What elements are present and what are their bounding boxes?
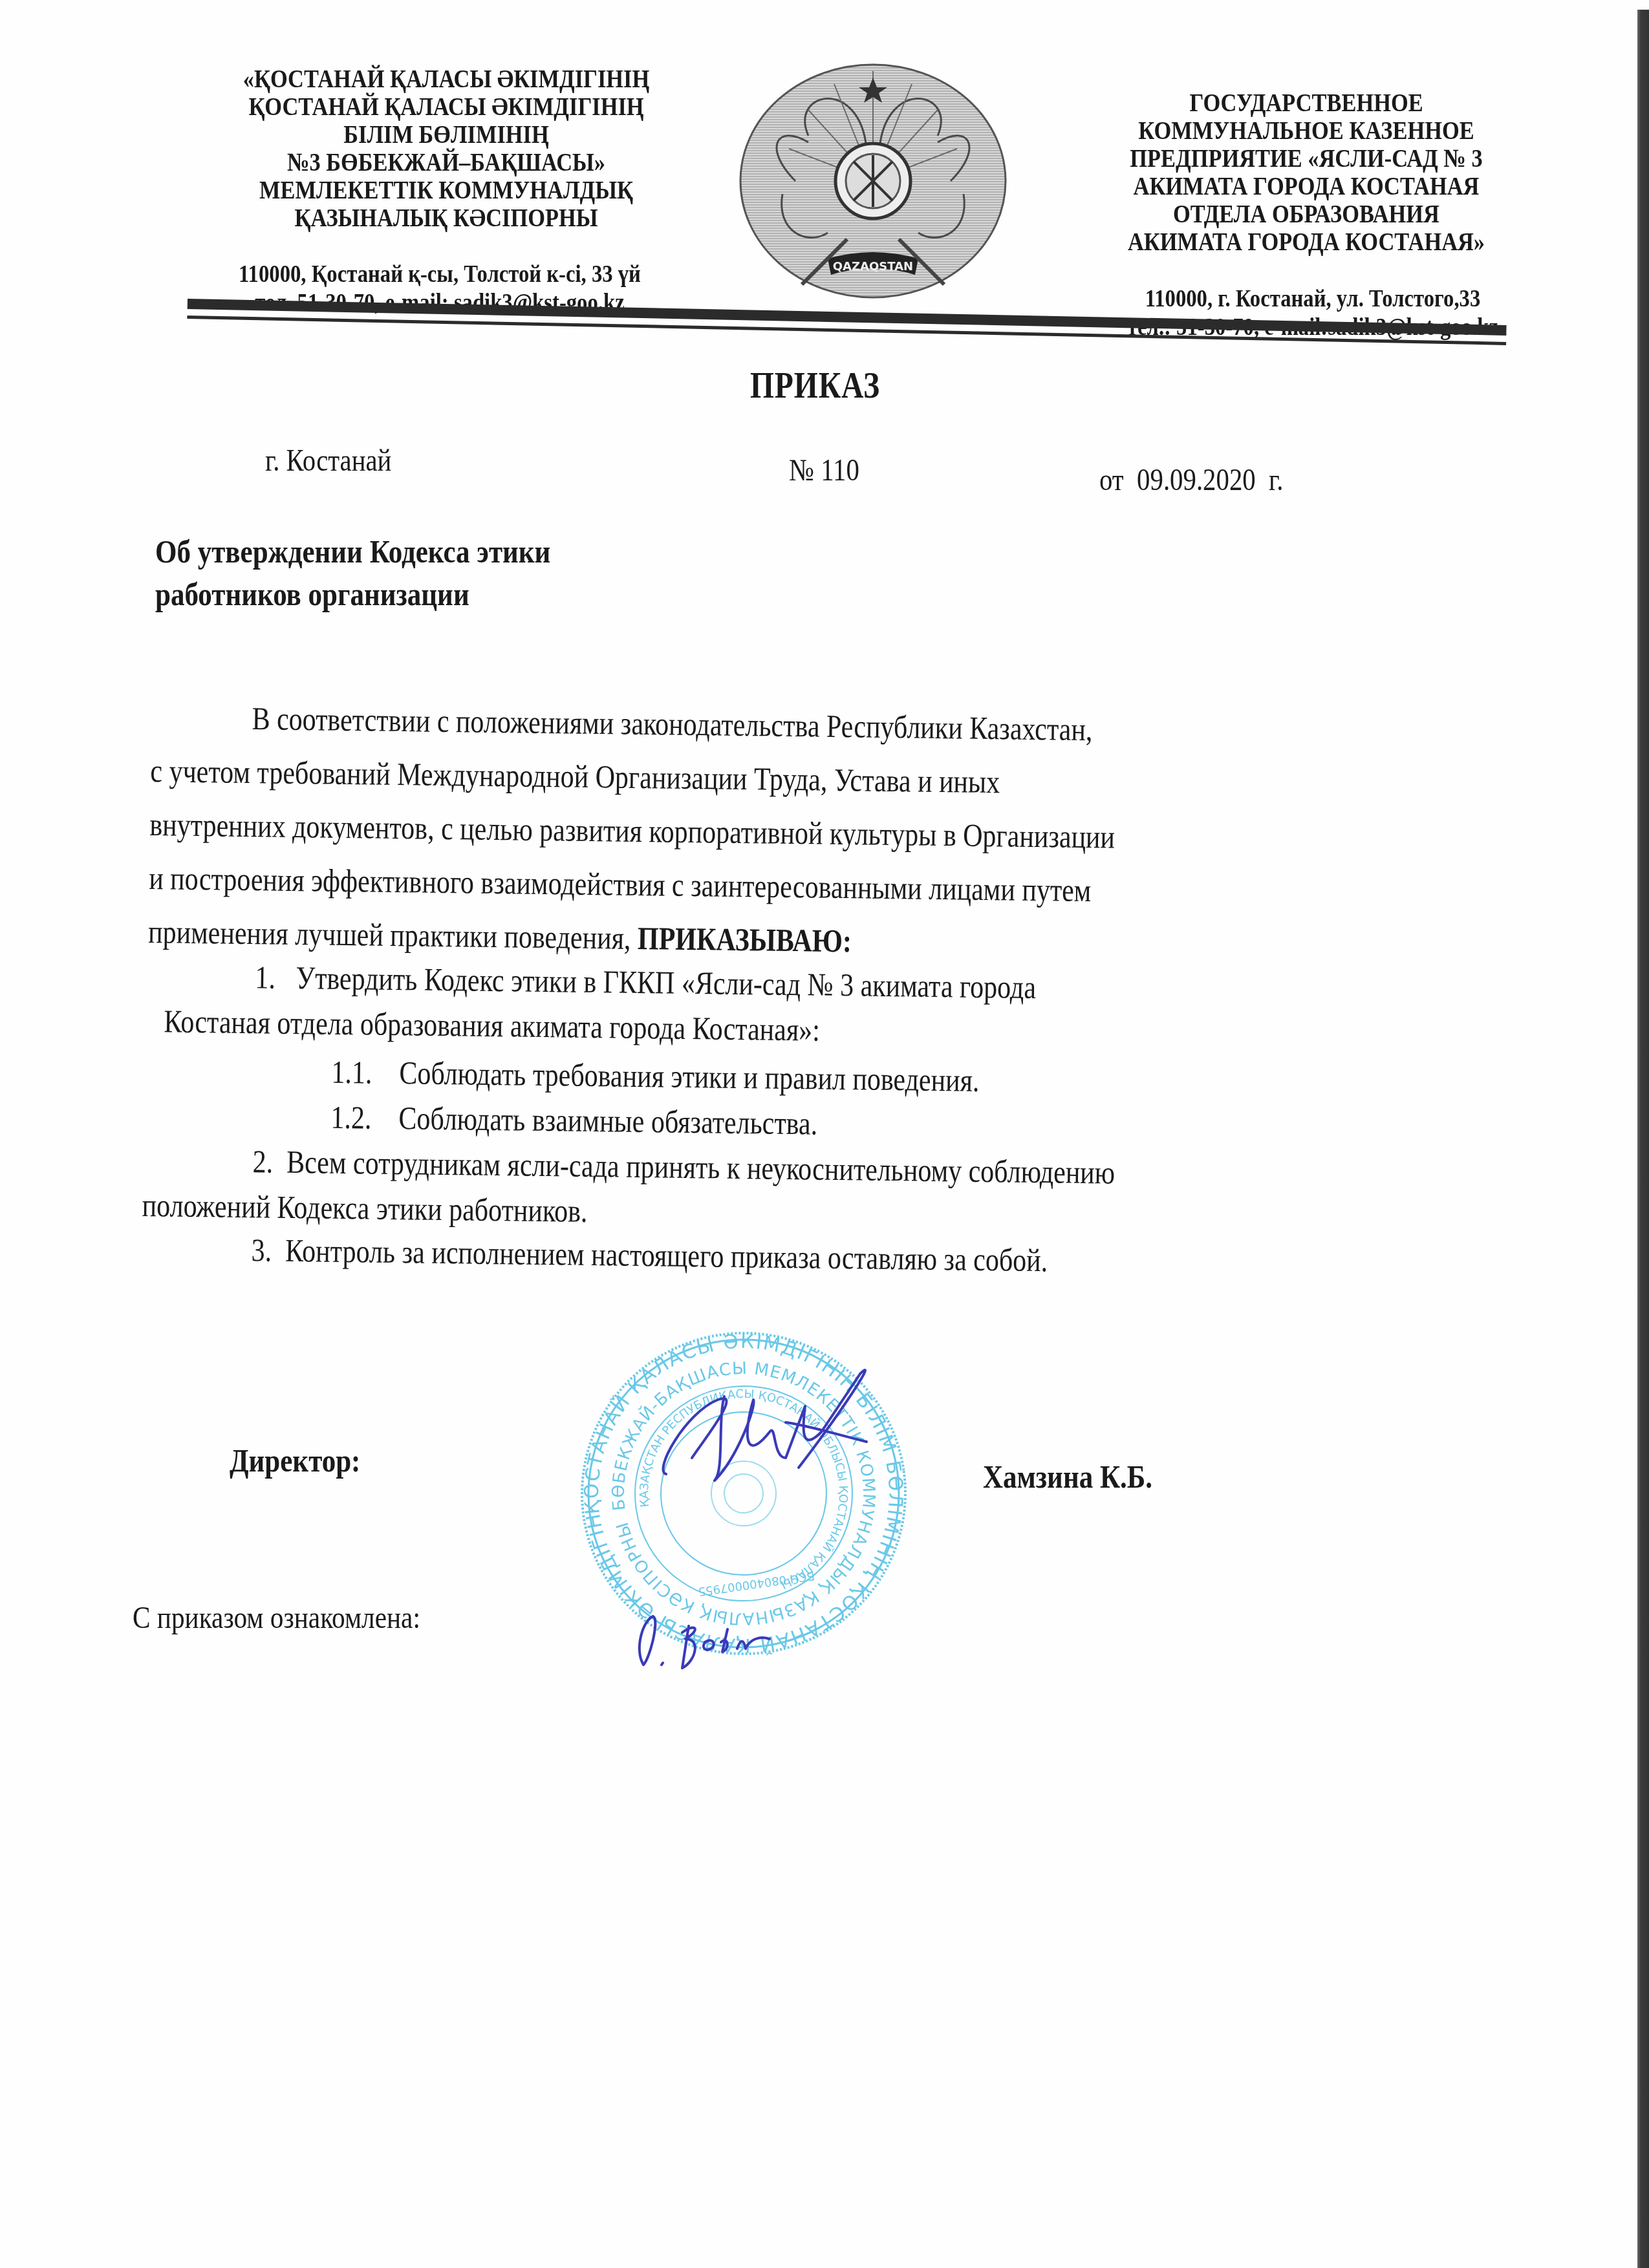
header-left-line: БІЛІМ БӨЛІМІНІҢ (218, 120, 674, 148)
list-item-1: 1. Утвердить Кодекс этики в ГККП «Ясли-с… (255, 958, 1036, 1006)
list-item-2-cont: положений Кодекса этики работников. (142, 1186, 588, 1230)
kazakhstan-state-emblem-icon: QAZAQSTAN (737, 52, 1009, 310)
signatory-name: Хамзина К.Б. (983, 1458, 1152, 1495)
header-left-line: №3 БӨБЕКЖАЙ–БАҚШАСЫ» (218, 148, 674, 176)
acknowledgement-label: С приказом ознакомлена: (133, 1600, 420, 1636)
order-number: № 110 (789, 453, 859, 488)
list-item-1-cont: Костаная отдела образования акимата горо… (164, 1002, 820, 1048)
list-subitem-1-2: 1.2. Соблюдать взаимные обязательства. (330, 1098, 817, 1142)
header-right-line: ПРЕДПРИЯТИЕ «ЯСЛИ-САД № 3 (1095, 144, 1518, 172)
list-item-3: 3. Контроль за исполнением настоящего пр… (251, 1231, 1048, 1279)
signatory-role: Директор: (230, 1442, 360, 1479)
list-subitem-number: 1.1. (331, 1054, 372, 1091)
list-item-text: Утвердить Кодекс этики в ГККП «Ясли-сад … (296, 959, 1036, 1005)
document-title: ПРИКАЗ (750, 365, 880, 407)
stamp-bin: БСН 080400007955 (697, 1568, 815, 1598)
list-item-text: Всем сотрудникам ясли-сада принять к неу… (286, 1144, 1115, 1191)
preamble-line: внутренних документов, с целью развития … (149, 806, 1115, 856)
header-right-line: КОММУНАЛЬНОЕ КАЗЕННОЕ (1095, 116, 1518, 144)
header-right-line: ОТДЕЛА ОБРАЗОВАНИЯ (1095, 200, 1518, 228)
list-item-number: 2. (252, 1143, 273, 1179)
order-body: В соответствии с положениями законодател… (149, 698, 1571, 717)
list-item-number: 1. (255, 959, 275, 995)
scan-edge (1637, 10, 1649, 2268)
order-city: г. Костанай (265, 443, 391, 478)
order-date: от 09.09.2020 г. (1099, 462, 1283, 498)
list-subitem-number: 1.2. (330, 1099, 372, 1136)
list-subitem-1-1: 1.1. Соблюдать требования этики и правил… (331, 1053, 980, 1099)
command-word: ПРИКАЗЫВАЮ: (638, 920, 852, 959)
list-item-text: Контроль за исполнением настоящего прика… (285, 1232, 1048, 1278)
header-left-line: ҚАЗЫНАЛЫҚ КӘСІПОРНЫ (218, 204, 674, 231)
header-left-line: «ҚОСТАНАЙ ҚАЛАСЫ ӘКІМДІГІНІҢ (218, 65, 674, 92)
list-item-number: 3. (251, 1232, 272, 1268)
list-item-2: 2. Всем сотрудникам ясли-сада принять к … (252, 1142, 1115, 1191)
header-left-address: 110000, Қостанай қ-сы, Толстой к-сі, 33 … (189, 260, 690, 288)
header-left-org-name: «ҚОСТАНАЙ ҚАЛАСЫ ӘКІМДІГІНІҢ ҚОСТАНАЙ ҚА… (218, 65, 674, 231)
preamble-line: с учетом требований Международной Органи… (150, 752, 1000, 800)
acknowledgement-signature-icon (630, 1603, 786, 1674)
order-subject: Об утверждении Кодекса этики работников … (155, 530, 550, 615)
preamble-text: применения лучшей практики поведения, (148, 914, 638, 956)
director-signature-icon (647, 1361, 925, 1490)
preamble-line-last: применения лучшей практики поведения, ПР… (148, 913, 852, 959)
preamble-line: В соответствии с положениями законодател… (252, 700, 1093, 748)
preamble-line: и построения эффективного взаимодействия… (149, 859, 1092, 909)
header-right-org-name: ГОСУДАРСТВЕННОЕ КОММУНАЛЬНОЕ КАЗЕННОЕ ПР… (1095, 89, 1518, 255)
header-left-line: МЕМЛЕКЕТТІК КОММУНАЛДЫҚ (218, 176, 674, 204)
emblem-caption: QAZAQSTAN (833, 260, 913, 273)
list-subitem-text: Соблюдать взаимные обязательства. (398, 1100, 817, 1141)
order-subject-line: Об утверждении Кодекса этики (155, 530, 550, 573)
header-right-line: АКИМАТА ГОРОДА КОСТАНАЯ» (1095, 228, 1518, 255)
header-right-address: 110000, г. Костанай, ул. Толстого,33 (1084, 284, 1540, 313)
header-right-line: АКИМАТА ГОРОДА КОСТАНАЯ (1095, 172, 1518, 200)
list-subitem-text: Соблюдать требования этики и правил пове… (399, 1054, 980, 1098)
document-page: «ҚОСТАНАЙ ҚАЛАСЫ ӘКІМДІГІНІҢ ҚОСТАНАЙ ҚА… (0, 0, 1649, 2268)
header-left-line: ҚОСТАНАЙ ҚАЛАСЫ ӘКІМДІГІНІҢ (218, 92, 674, 120)
order-subject-line: работников организации (155, 573, 550, 615)
header-right-line: ГОСУДАРСТВЕННОЕ (1095, 89, 1518, 116)
